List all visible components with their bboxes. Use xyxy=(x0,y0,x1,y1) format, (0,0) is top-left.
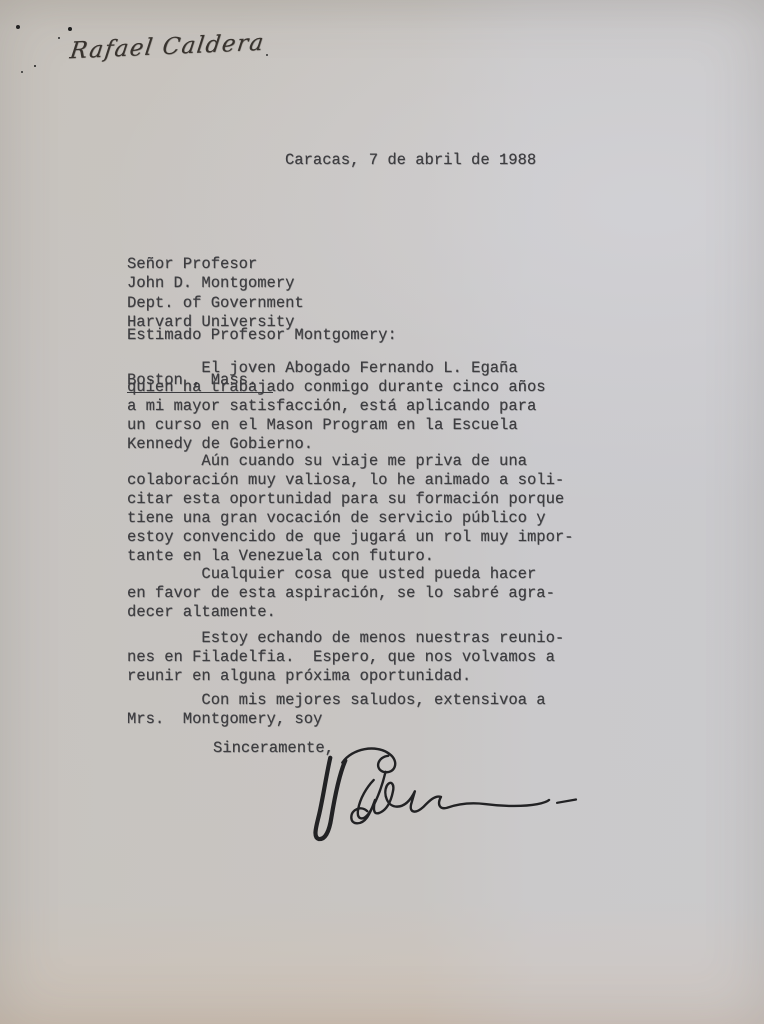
ink-specks xyxy=(16,25,20,29)
paragraph-2: Aún cuando su viaje me priva de una cola… xyxy=(127,452,573,566)
paragraph-1: El joven Abogado Fernando L. Egaña quien… xyxy=(127,359,546,454)
paragraph-5: Con mis mejores saludos, extensivoa a Mr… xyxy=(127,691,546,729)
letterhead-name: Rafael Caldera xyxy=(68,30,266,65)
salutation: Estimado Profesor Montgomery: xyxy=(127,326,397,345)
handwritten-signature-icon xyxy=(282,741,584,856)
paragraph-3: Cualquier cosa que usted pueda hacer en … xyxy=(127,565,555,622)
date-line: Caracas, 7 de abril de 1988 xyxy=(285,151,536,170)
scanned-letter-page: Rafael Caldera Caracas, 7 de abril de 19… xyxy=(0,0,764,1024)
recipient-address-lines: Señor Profesor John D. Montgomery Dept. … xyxy=(127,255,304,333)
paragraph-4: Estoy echando de menos nuestras reunio- … xyxy=(127,629,564,686)
